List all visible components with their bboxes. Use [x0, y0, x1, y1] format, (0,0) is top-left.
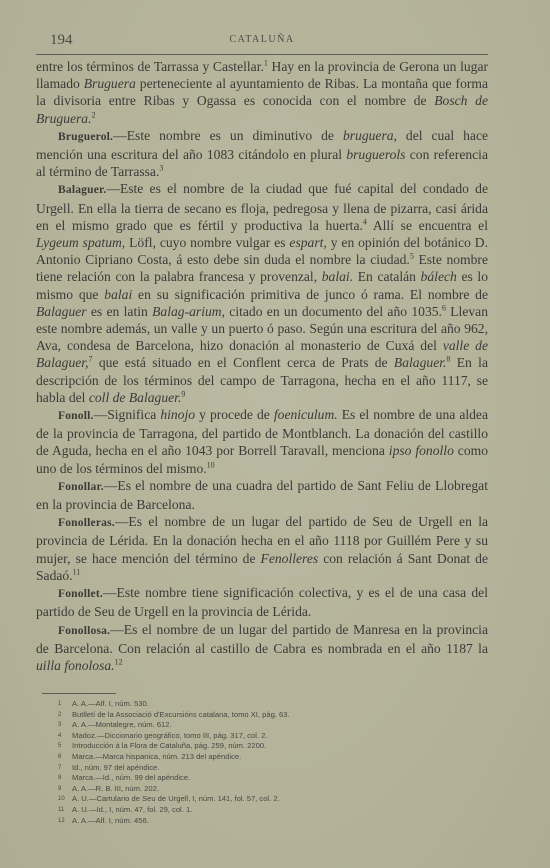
footnote: 10A. U.—Cartulario de Seu de Urgell, I, …: [58, 794, 478, 805]
entry-balaguer: Balaguer.—Este es el nombre de la ciudad…: [36, 180, 488, 406]
entry-lemma: Balaguer.: [58, 184, 106, 196]
footnote-rule: [42, 693, 116, 694]
footnote-ref: 10: [207, 460, 215, 469]
footnote: 7Id., núm. 97 del apéndice.: [58, 763, 478, 774]
entry-lemma: Fonollar.: [58, 481, 104, 493]
body-text: entre los términos de Tarrassa y Castell…: [36, 58, 488, 674]
footnote: 12A. A.—Alf. I, núm. 456.: [58, 816, 478, 827]
entry-lemma: Fonoll.: [58, 410, 94, 422]
footnote: 8Marca.—Id., núm. 99 del apéndice.: [58, 773, 478, 784]
entry-lemma: Fonolleras.: [58, 517, 115, 529]
page-header: 194 CATALUÑA: [36, 28, 488, 48]
book-page: 194 CATALUÑA entre los términos de Tarra…: [0, 0, 550, 868]
entry-fonollar: Fonollar.—Es el nombre de una cuadra del…: [36, 477, 488, 513]
paragraph-continuation: entre los términos de Tarrassa y Castell…: [36, 58, 488, 127]
footnote-ref: 12: [115, 657, 123, 666]
footnote: 5Introducción á la Flora de Cataluña, pá…: [58, 741, 478, 752]
footnote-ref: 9: [181, 389, 185, 398]
entry-fonoll: Fonoll.—Significa hinojo y procede de fo…: [36, 406, 488, 477]
entry-bruguerol: Bruguerol.—Este nombre es un diminutivo …: [36, 127, 488, 181]
footnote: 2Butlletí de la Associació d'Excursións …: [58, 710, 478, 721]
entry-fonollosa: Fonollosa.—Es el nombre de un lugar del …: [36, 621, 488, 675]
footnote-ref: 3: [159, 164, 163, 173]
footnote-ref: 2: [92, 110, 96, 119]
entry-fonollet: Fonollet.—Este nombre tiene significació…: [36, 584, 488, 620]
footnote: 6Marca.—Marca hispanica, núm. 213 del ap…: [58, 752, 478, 763]
footnote-ref: 11: [73, 567, 81, 576]
footnote: 3A. A.—Montalegre, núm. 612.: [58, 720, 478, 731]
footnotes: 1A. A.—Alf. I, núm. 530. 2Butlletí de la…: [58, 699, 478, 826]
entry-fonolleras: Fonolleras.—Es el nombre de un lugar del…: [36, 513, 488, 584]
footnote: 1A. A.—Alf. I, núm. 530.: [58, 699, 478, 710]
entry-lemma: Fonollosa.: [58, 625, 110, 637]
footnote: 4Madoz.—Diccionario geográfico, tomo III…: [58, 731, 478, 742]
footnote: 11A. U.—Id., I, núm. 47, fol. 29, col. 1…: [58, 805, 478, 816]
running-title: CATALUÑA: [36, 34, 488, 45]
footnote: 9A. A.—R. B. III, núm. 202.: [58, 784, 478, 795]
header-rule: [36, 54, 488, 55]
entry-lemma: Bruguerol.: [58, 131, 113, 143]
entry-lemma: Fonollet.: [58, 588, 103, 600]
